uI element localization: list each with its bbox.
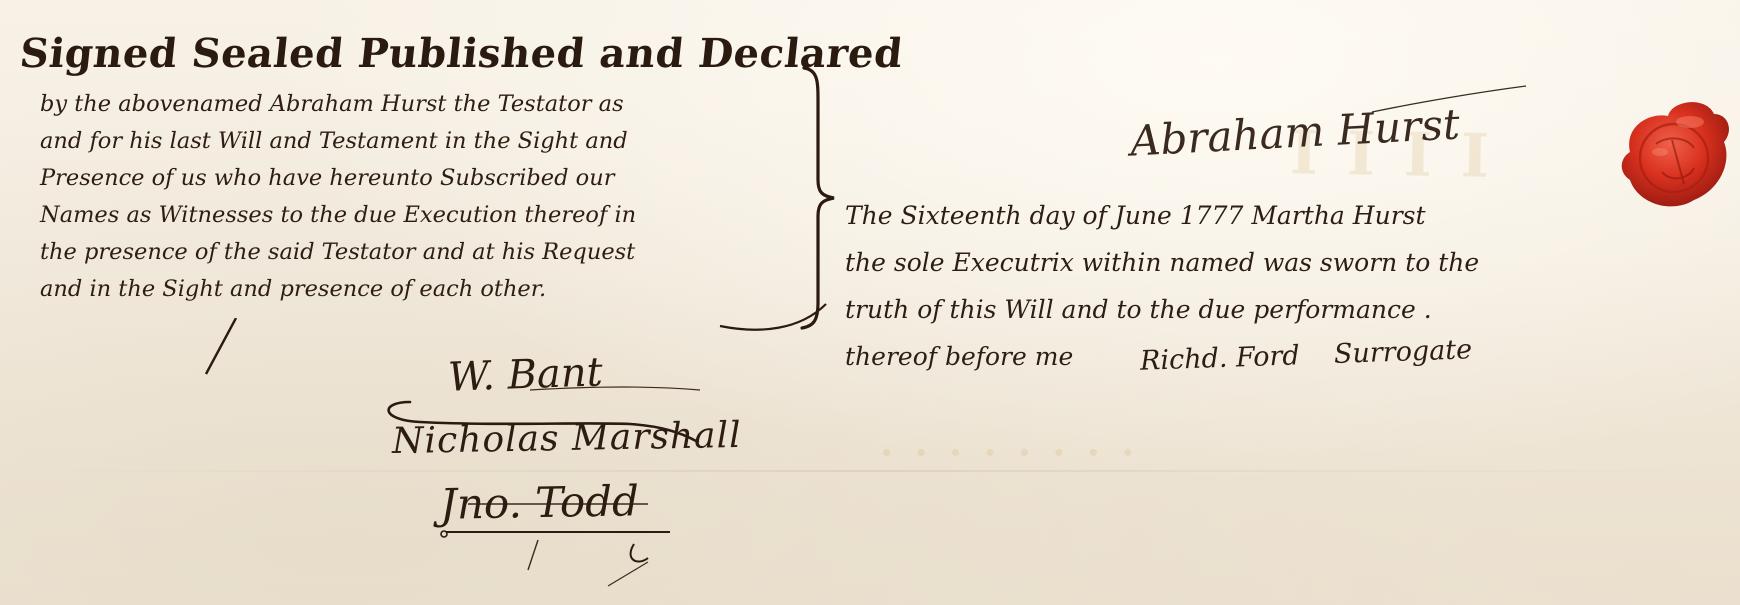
attestation-line: Presence of us who have hereunto Subscri… <box>40 160 830 197</box>
witness-signature-marshall: Nicholas Marshall <box>392 415 742 462</box>
paper-fold-line <box>0 470 1740 472</box>
probate-line: The Sixteenth day of June 1777 Martha Hu… <box>845 192 1725 239</box>
attestation-clause: by the abovenamed Abraham Hurst the Test… <box>40 86 830 308</box>
witness-signature-todd: Jno. Todd <box>440 476 640 528</box>
officer-signature: Richd. Ford <box>1140 340 1301 377</box>
document-page: I I I I · · · · · · · · Signed Sealed Pu… <box>0 0 1740 605</box>
attestation-line: and for his last Will and Testament in t… <box>40 123 830 160</box>
attestation-line: and in the Sight and presence of each ot… <box>40 271 830 308</box>
officer-title: Surrogate <box>1333 334 1472 370</box>
witness-signature-bant: W. Bant <box>447 349 603 400</box>
attestation-line: by the abovenamed Abraham Hurst the Test… <box>40 86 830 123</box>
probate-line: truth of this Will and to the due perfor… <box>845 286 1725 333</box>
bleed-through-mark: · · · · · · · · <box>880 430 1138 475</box>
probate-line: the sole Executrix within named was swor… <box>845 239 1725 286</box>
attestation-line: Names as Witnesses to the due Execution … <box>40 197 830 234</box>
attestation-heading: Signed Sealed Published and Declared <box>18 30 906 77</box>
curly-bracket <box>800 62 840 332</box>
testator-signature: Abraham Hurst <box>1129 99 1461 165</box>
attestation-line: the presence of the said Testator and at… <box>40 234 830 271</box>
descender-stroke <box>200 318 240 378</box>
